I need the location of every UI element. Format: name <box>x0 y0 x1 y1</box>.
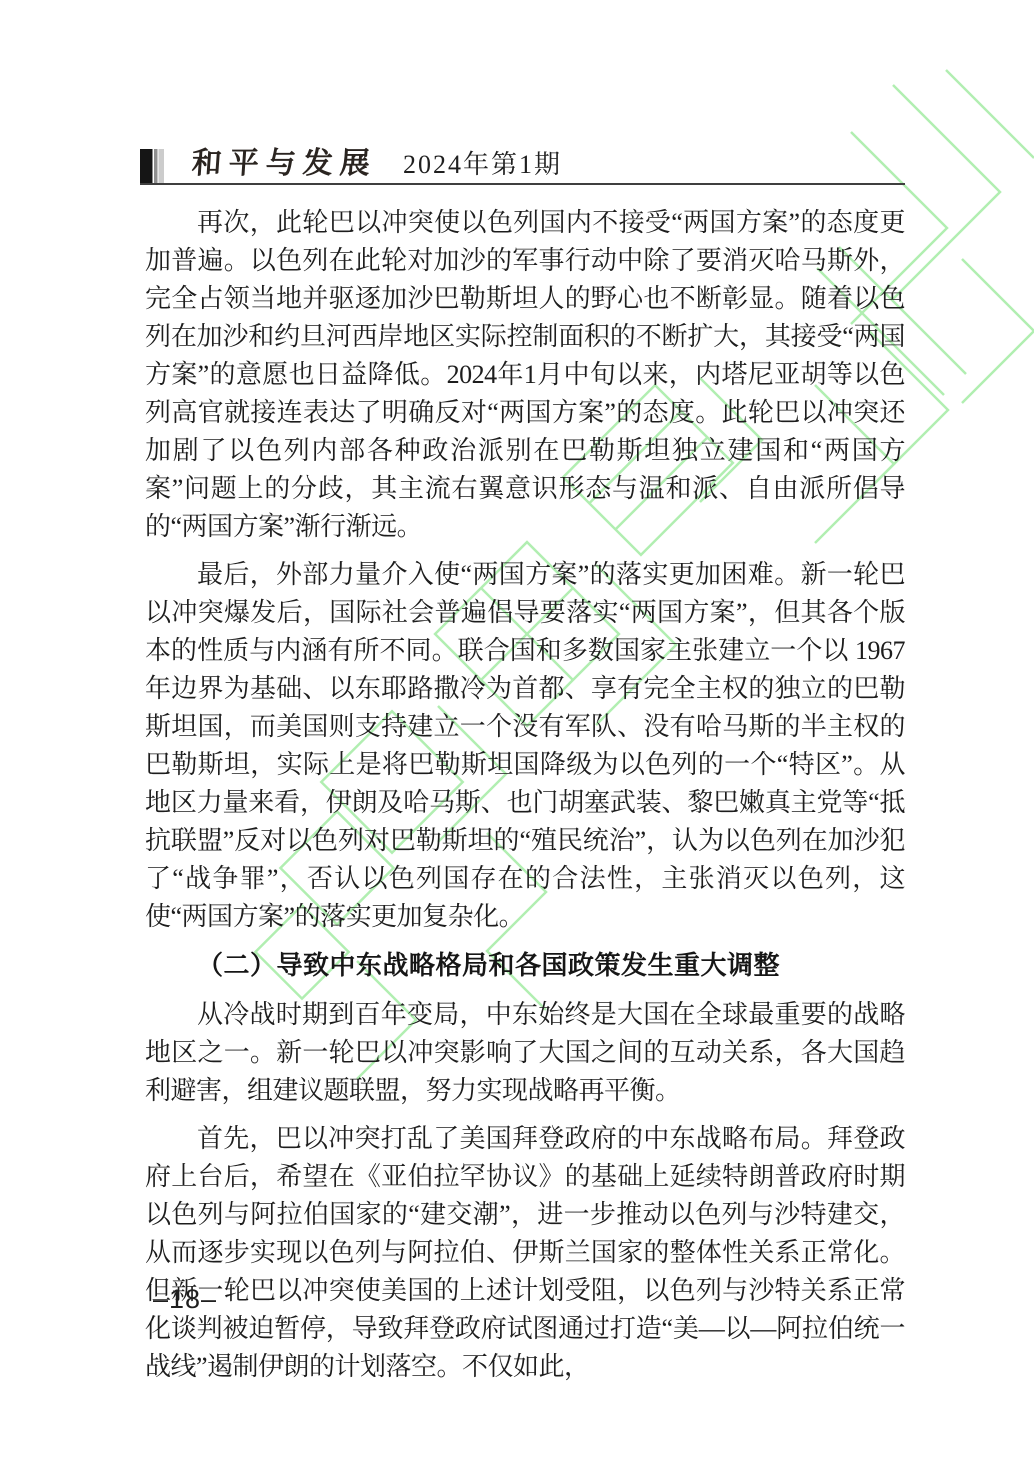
paragraph: 从冷战时期到百年变局，中东始终是大国在全球最重要的战略地区之一。新一轮巴以冲突影… <box>145 996 905 1110</box>
journal-page: 和平与发展 2024年第1期 再次，此轮巴以冲突使以色列国内不接受“两国方案”的… <box>0 0 1034 1477</box>
page-number: –18– <box>153 1284 217 1315</box>
paragraph: 最后，外部力量介入使“两国方案”的落实更加困难。新一轮巴以冲突爆发后，国际社会普… <box>145 556 905 936</box>
paragraph: 首先，巴以冲突打乱了美国拜登政府的中东战略布局。拜登政府上台后，希望在《亚伯拉罕… <box>145 1120 905 1386</box>
page-header: 和平与发展 2024年第1期 <box>140 138 905 185</box>
paragraph: 再次，此轮巴以冲突使以色列国内不接受“两国方案”的态度更加普遍。以色列在此轮对加… <box>145 204 905 546</box>
header-accent-bar <box>140 149 164 183</box>
section-heading: （二）导致中东战略格局和各国政策发生重大调整 <box>145 946 905 984</box>
journal-title: 和平与发展 <box>190 138 378 182</box>
issue-label: 2024年第1期 <box>403 144 562 181</box>
article-body: 再次，此轮巴以冲突使以色列国内不接受“两国方案”的态度更加普遍。以色列在此轮对加… <box>145 204 905 1396</box>
